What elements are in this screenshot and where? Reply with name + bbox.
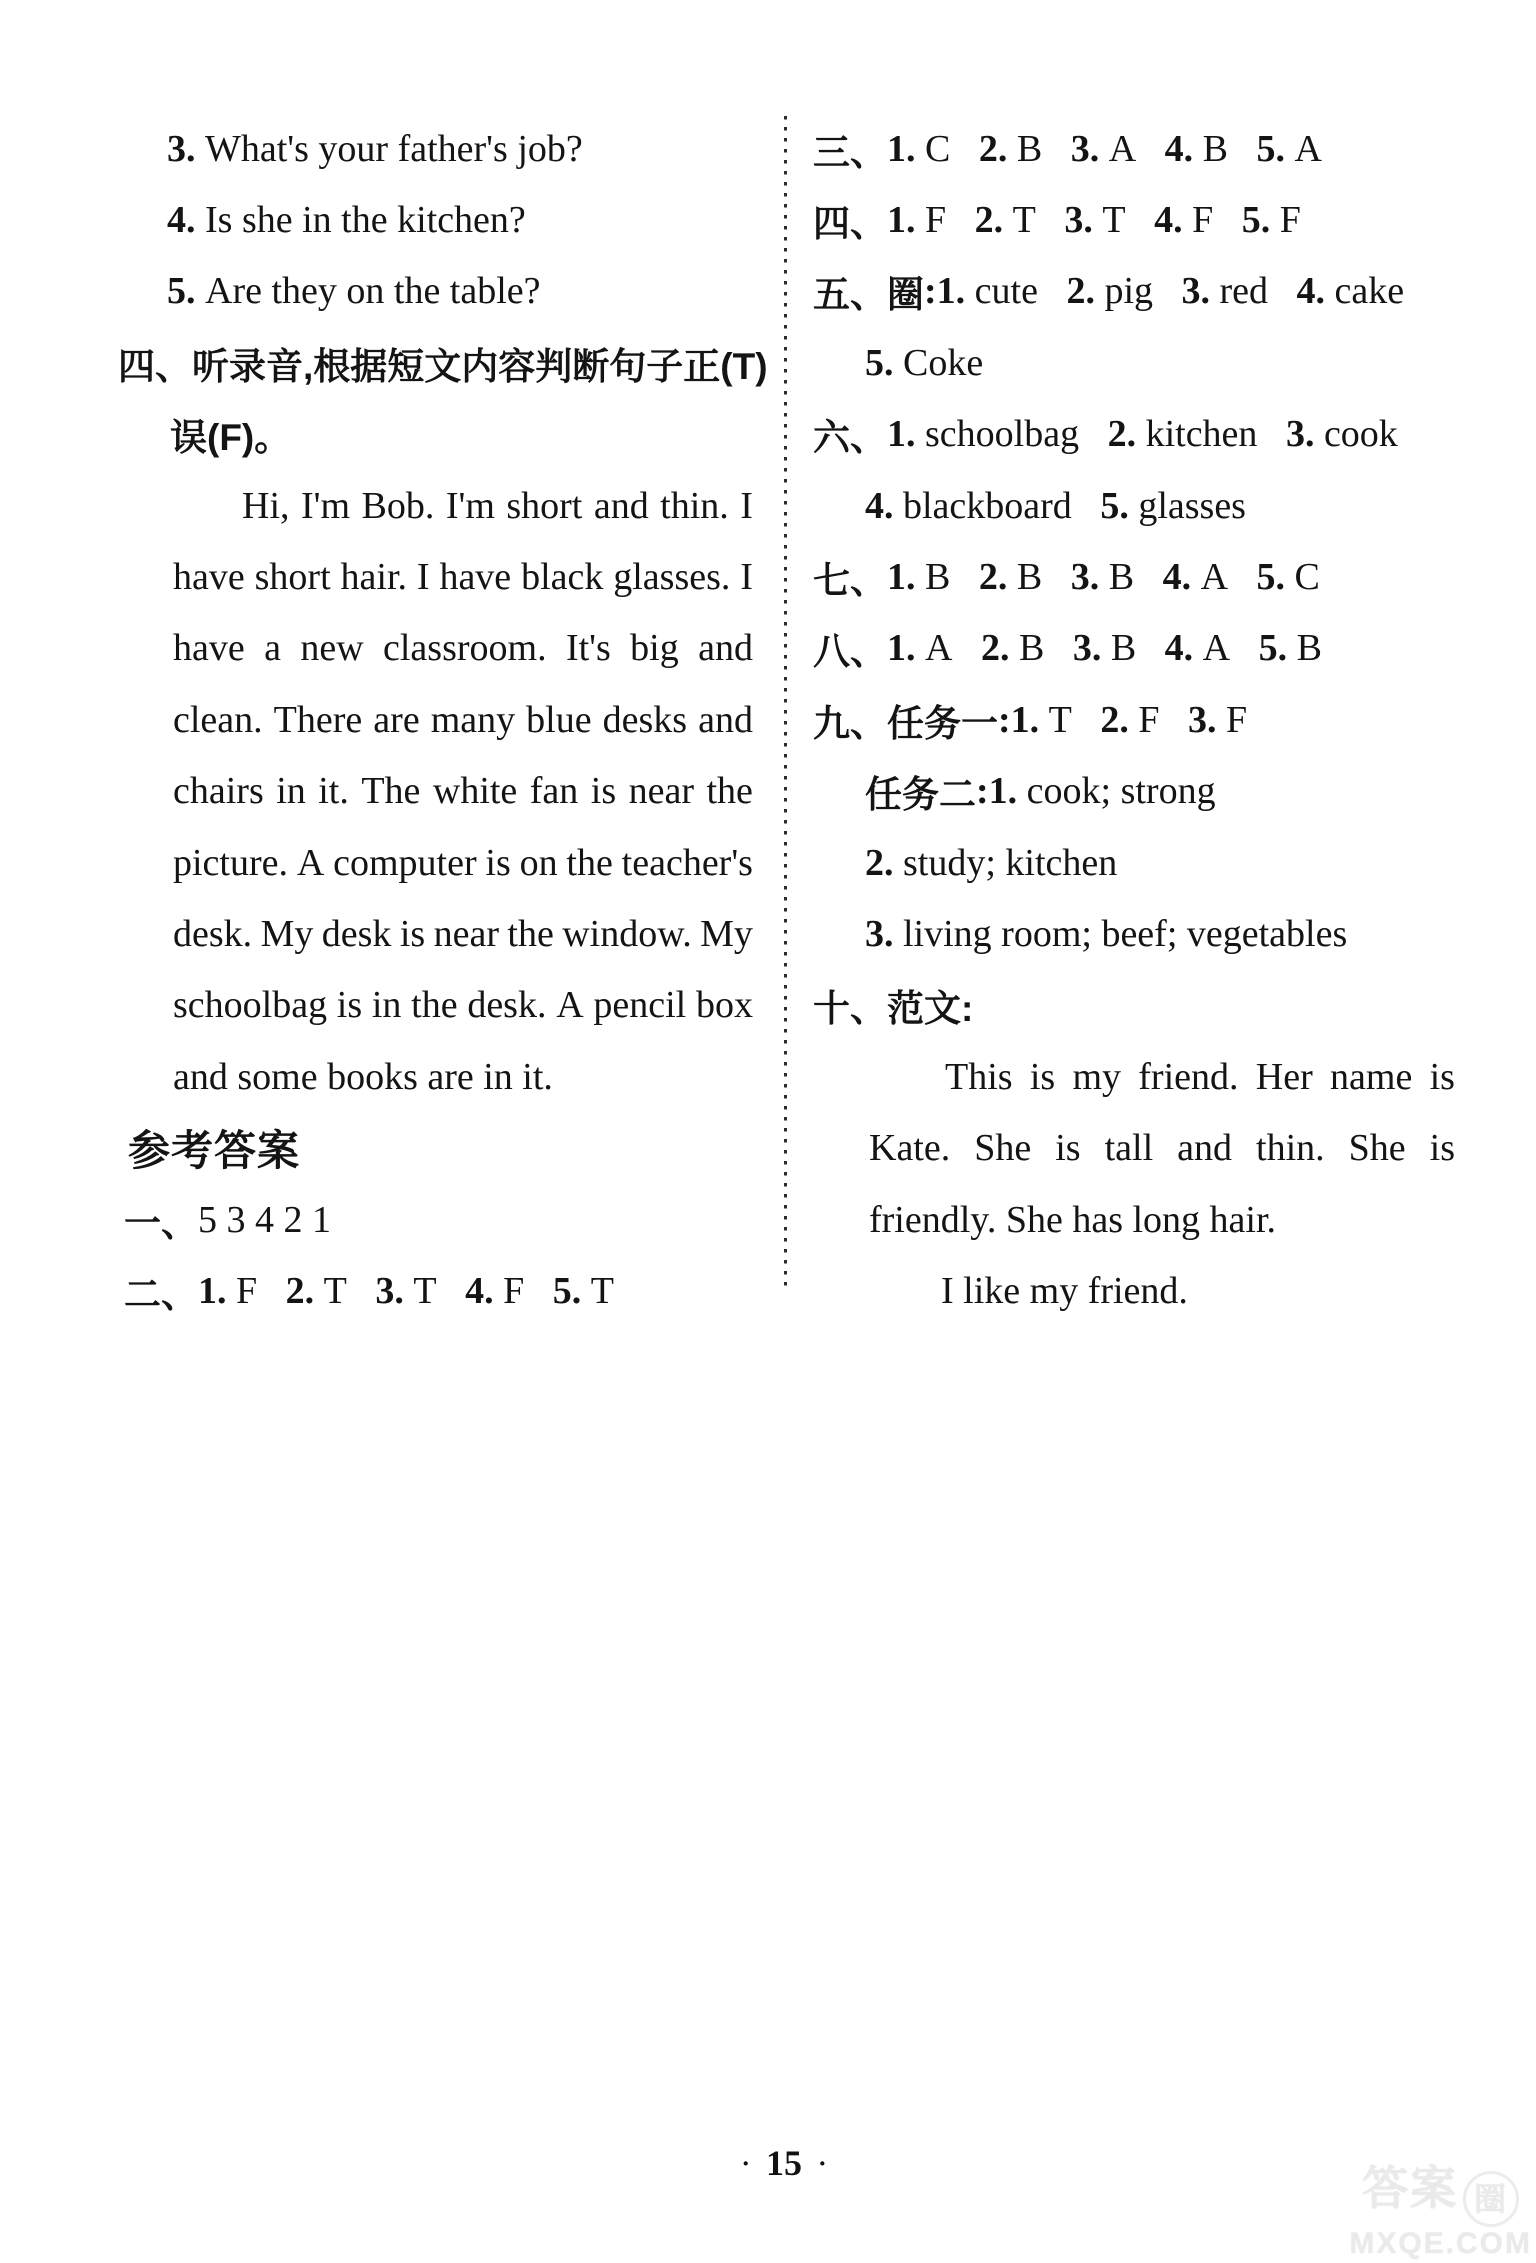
word: are	[373, 698, 419, 742]
word: have	[173, 626, 245, 670]
word: My	[261, 912, 314, 956]
word: short	[506, 484, 582, 528]
text-line: 十、范文:	[813, 970, 1459, 1041]
text-segment: 3.	[865, 912, 903, 956]
word: schoolbag	[173, 983, 327, 1027]
word: I	[417, 555, 430, 599]
text-segment: 1.	[937, 269, 975, 313]
text-segment: friendly. She has long hair.	[869, 1198, 1276, 1242]
text-segment: cute	[975, 269, 1038, 313]
text-line: I like my friend.	[813, 1255, 1459, 1326]
text-segment: A	[1203, 626, 1230, 670]
text-line: 任务二:1. cook; strong	[813, 756, 1459, 827]
text-segment: blackboard	[903, 484, 1072, 528]
text-segment: B	[1203, 127, 1228, 171]
text-segment: F	[925, 198, 946, 242]
text-segment: 四、听录音,根据短文内容判断句子正(T)	[118, 336, 768, 390]
word: computer	[333, 841, 477, 885]
text-line: 五、圈:1. cute 2. pig 3. red 4. cake	[813, 256, 1459, 327]
text-segment: 4.	[1134, 555, 1201, 599]
text-segment: 四、	[813, 193, 887, 247]
watermark-brand: 答案圈	[1349, 2160, 1532, 2227]
text-segment: 4.	[1136, 127, 1203, 171]
text-segment: 3.	[1257, 412, 1324, 456]
text-segment: 3.	[1160, 698, 1227, 742]
text-segment: T	[413, 1269, 436, 1313]
text-line: 5. Coke	[813, 327, 1459, 398]
word: A	[297, 841, 324, 885]
text-segment: 3.	[1042, 127, 1109, 171]
text-segment: 5.	[524, 1269, 591, 1313]
text-segment: F	[1226, 698, 1247, 742]
text-segment: cook	[1324, 412, 1398, 456]
text-segment: 5.	[1230, 626, 1297, 670]
word: have	[173, 555, 245, 599]
text-segment: B	[1019, 626, 1044, 670]
text-line: picture.Acomputerisontheteacher's	[108, 827, 765, 898]
word: box	[696, 983, 753, 1027]
text-segment: 4.	[1126, 198, 1193, 242]
text-segment: 误(F)。	[170, 407, 291, 461]
word: fan	[530, 769, 579, 813]
word: new	[300, 626, 363, 670]
column-divider-dotted-rule	[784, 116, 787, 1286]
text-segment: 2.	[1038, 269, 1105, 313]
text-segment: red	[1220, 269, 1269, 313]
word: She	[974, 1126, 1031, 1170]
text-segment: F	[1138, 698, 1159, 742]
text-line: 2. study; kitchen	[813, 827, 1459, 898]
text-segment: 1.	[887, 198, 925, 242]
text-segment: 2.	[952, 626, 1019, 670]
text-line: clean.Therearemanybluedesksand	[108, 684, 765, 755]
word: desk	[322, 912, 392, 956]
word: I'm	[301, 484, 350, 528]
word: tall	[1105, 1126, 1154, 1170]
text-segment: 2.	[865, 841, 903, 885]
text-line: Kate.Sheistallandthin.Sheis	[813, 1112, 1459, 1183]
word: This	[945, 1055, 1013, 1099]
word: the	[507, 912, 553, 956]
text-segment: 4.	[1136, 626, 1203, 670]
text-segment: :	[998, 698, 1011, 742]
text-segment: 3.	[347, 1269, 414, 1313]
word: I'm	[446, 484, 495, 528]
word: is	[1030, 1055, 1055, 1099]
word: and	[698, 698, 753, 742]
word: Bob.	[362, 484, 435, 528]
text-line: 误(F)。	[108, 399, 765, 470]
text-segment: What's your father's job?	[205, 127, 583, 171]
text-segment: 1.	[989, 769, 1027, 813]
watermark-site-url: MXQE.COM	[1349, 2227, 1532, 2261]
text-line: 六、1. schoolbag 2. kitchen 3. cook	[813, 399, 1459, 470]
word: friend.	[1138, 1055, 1238, 1099]
text-segment: 1.	[198, 1269, 236, 1313]
word: near	[434, 912, 499, 956]
text-segment: A	[1295, 127, 1322, 171]
text-segment: 3.	[1042, 555, 1109, 599]
text-segment: F	[1192, 198, 1213, 242]
text-segment: 3.	[1044, 626, 1111, 670]
text-segment: 1.	[887, 127, 925, 171]
text-line: desk.Mydeskisnearthewindow.My	[108, 898, 765, 969]
word: is	[485, 841, 510, 885]
word: A	[556, 983, 583, 1027]
page-number-left-dot: ·	[741, 2149, 750, 2178]
word: is	[337, 983, 362, 1027]
text-segment: 2.	[950, 127, 1017, 171]
word: My	[700, 912, 753, 956]
text-segment: T	[324, 1269, 347, 1313]
word: is	[591, 769, 616, 813]
word: my	[1072, 1055, 1121, 1099]
word: is	[400, 912, 425, 956]
word: the	[706, 769, 752, 813]
text-segment: 九、任务一	[813, 693, 998, 747]
text-segment: 5.	[1228, 555, 1295, 599]
text-segment: 3.	[1036, 198, 1103, 242]
text-segment: 六、	[813, 407, 887, 461]
word: teacher's	[622, 841, 753, 885]
word: short	[255, 555, 331, 599]
word: There	[274, 698, 363, 742]
text-line: haveanewclassroom.It'sbigand	[108, 613, 765, 684]
page-number-value: 15	[766, 2143, 802, 2183]
text-segment: A	[1201, 555, 1228, 599]
text-line: 二、1. F 2. T 3. T 4. F 5. T	[108, 1255, 765, 1326]
text-segment: 2.	[1079, 412, 1146, 456]
text-segment: B	[1297, 626, 1322, 670]
word: It's	[566, 626, 611, 670]
word: is	[1055, 1126, 1080, 1170]
word: picture.	[173, 841, 288, 885]
text-line: chairsinit.Thewhitefanisnearthe	[108, 756, 765, 827]
text-line: 七、1. B 2. B 3. B 4. A 5. C	[813, 541, 1459, 612]
left-column: 3. What's your father's job?4. Is she in…	[108, 113, 765, 1327]
text-segment: A	[1109, 127, 1136, 171]
text-line: 4. Is she in the kitchen?	[108, 184, 765, 255]
text-line: 九、任务一:1. T 2. F 3. F	[813, 684, 1459, 755]
text-segment: cake	[1335, 269, 1405, 313]
text-line: 八、1. A 2. B 3. B 4. A 5. B	[813, 613, 1459, 684]
text-segment: 5.	[167, 269, 205, 313]
text-segment: F	[503, 1269, 524, 1313]
text-segment: T	[1049, 698, 1072, 742]
text-segment: C	[925, 127, 950, 171]
text-segment: 一、	[124, 1193, 198, 1247]
text-segment: 三、	[813, 122, 887, 176]
text-segment: 5.	[865, 341, 903, 385]
text-line: 四、1. F 2. T 3. T 4. F 5. F	[813, 184, 1459, 255]
text-segment: Are they on the table?	[205, 269, 541, 313]
word: white	[433, 769, 517, 813]
word: I	[740, 484, 753, 528]
text-segment: 5.	[1072, 484, 1139, 528]
word: desk.	[173, 912, 252, 956]
text-segment: :	[924, 269, 937, 313]
page-number: ·15·	[0, 2142, 1536, 2184]
text-segment: T	[1102, 198, 1125, 242]
watermark-brand-text: 答案	[1362, 2162, 1458, 2214]
text-segment: 1.	[887, 555, 925, 599]
text-segment: pig	[1104, 269, 1153, 313]
text-line: 4. blackboard 5. glasses	[813, 470, 1459, 541]
word: window.	[562, 912, 691, 956]
text-segment: 1.	[887, 412, 925, 456]
text-segment: 4.	[437, 1269, 504, 1313]
text-segment: living room; beef; vegetables	[903, 912, 1347, 956]
word: I	[740, 555, 753, 599]
text-segment: Coke	[903, 341, 983, 385]
word: is	[1430, 1126, 1455, 1170]
text-segment: 4.	[167, 198, 205, 242]
text-segment: 十、范文:	[813, 978, 973, 1032]
word: blue	[526, 698, 591, 742]
text-line: friendly. She has long hair.	[813, 1184, 1459, 1255]
text-line: 一、5 3 4 2 1	[108, 1184, 765, 1255]
text-line: 5. Are they on the table?	[108, 256, 765, 327]
word: hair.	[341, 555, 407, 599]
word: a	[264, 626, 281, 670]
text-line: Hi,I'mBob.I'mshortandthin.I	[108, 470, 765, 541]
word: and	[698, 626, 753, 670]
word: near	[629, 769, 694, 813]
text-segment: 任务二	[865, 764, 976, 818]
text-segment: 5.	[1228, 127, 1295, 171]
word: and	[1177, 1126, 1232, 1170]
text-line: haveshorthair.Ihaveblackglasses.I	[108, 541, 765, 612]
text-segment: F	[1280, 198, 1301, 242]
text-segment: Is she in the kitchen?	[205, 198, 526, 242]
word: chairs	[173, 769, 264, 813]
text-segment: 二、	[124, 1264, 198, 1318]
word: Hi,	[242, 484, 290, 528]
text-line: 四、听录音,根据短文内容判断句子正(T)	[108, 327, 765, 398]
text-line: schoolbagisinthedesk.Apencilbox	[108, 970, 765, 1041]
text-segment: 1.	[887, 626, 925, 670]
watermark-circled-character: 圈	[1463, 2171, 1519, 2227]
word: on	[520, 841, 558, 885]
text-segment: T	[591, 1269, 614, 1313]
text-line: 参考答案	[108, 1112, 765, 1183]
text-segment: F	[236, 1269, 257, 1313]
text-segment: B	[1111, 626, 1136, 670]
word: glasses.	[613, 555, 730, 599]
text-segment: 八、	[813, 621, 887, 675]
text-segment: 2.	[1072, 698, 1139, 742]
text-segment: 5 3 4 2 1	[198, 1198, 331, 1242]
text-segment: 2.	[946, 198, 1013, 242]
text-segment: glasses	[1138, 484, 1246, 528]
page-number-right-dot: ·	[818, 2149, 827, 2178]
text-segment: 4.	[1268, 269, 1335, 313]
text-line: Thisismyfriend.Hernameis	[813, 1041, 1459, 1112]
text-line: and some books are in it.	[108, 1041, 765, 1112]
word: black	[521, 555, 603, 599]
text-segment: B	[925, 555, 950, 599]
text-segment: 5.	[1213, 198, 1280, 242]
text-line: 3. What's your father's job?	[108, 113, 765, 184]
text-line: 3. living room; beef; vegetables	[813, 898, 1459, 969]
answer-key-page: 3. What's your father's job?4. Is she in…	[0, 0, 1536, 2263]
text-segment: 1.	[1011, 698, 1049, 742]
text-segment: 4.	[865, 484, 903, 528]
word: name	[1330, 1055, 1412, 1099]
text-segment: 五、圈	[813, 264, 924, 318]
text-segment: 七、	[813, 550, 887, 604]
word: classroom.	[383, 626, 547, 670]
text-segment: 2.	[950, 555, 1017, 599]
word: in	[372, 983, 402, 1027]
word: the	[566, 841, 612, 885]
word: The	[361, 769, 420, 813]
word: pencil	[593, 983, 686, 1027]
text-segment: C	[1295, 555, 1320, 599]
word: desk.	[467, 983, 546, 1027]
word: Her	[1256, 1055, 1313, 1099]
word: clean.	[173, 698, 263, 742]
text-segment: B	[1017, 555, 1042, 599]
text-segment: :	[976, 769, 989, 813]
text-line: 三、1. C 2. B 3. A 4. B 5. A	[813, 113, 1459, 184]
text-segment: cook; strong	[1027, 769, 1216, 813]
text-segment: and some books are in it.	[173, 1055, 553, 1099]
text-segment: 3.	[1153, 269, 1220, 313]
word: thin.	[1256, 1126, 1325, 1170]
text-segment: I like my friend.	[941, 1269, 1188, 1313]
text-segment: A	[925, 626, 952, 670]
word: it.	[318, 769, 349, 813]
word: thin.	[660, 484, 729, 528]
text-segment: 参考答案	[128, 1118, 300, 1178]
text-segment: T	[1013, 198, 1036, 242]
text-segment: kitchen	[1146, 412, 1258, 456]
word: the	[411, 983, 457, 1027]
text-segment: B	[1017, 127, 1042, 171]
watermark: 答案圈 MXQE.COM	[1349, 2160, 1532, 2261]
text-segment: 2.	[257, 1269, 324, 1313]
word: is	[1430, 1055, 1455, 1099]
word: big	[630, 626, 679, 670]
word: many	[431, 698, 515, 742]
word: Kate.	[869, 1126, 950, 1170]
text-segment: schoolbag	[925, 412, 1079, 456]
word: in	[276, 769, 306, 813]
word: and	[594, 484, 649, 528]
word: desks	[603, 698, 687, 742]
text-segment: 3.	[167, 127, 205, 171]
text-segment: study; kitchen	[903, 841, 1117, 885]
word: have	[439, 555, 511, 599]
right-column: 三、1. C 2. B 3. A 4. B 5. A四、1. F 2. T 3.…	[813, 113, 1459, 1327]
word: She	[1349, 1126, 1406, 1170]
text-segment: B	[1109, 555, 1134, 599]
